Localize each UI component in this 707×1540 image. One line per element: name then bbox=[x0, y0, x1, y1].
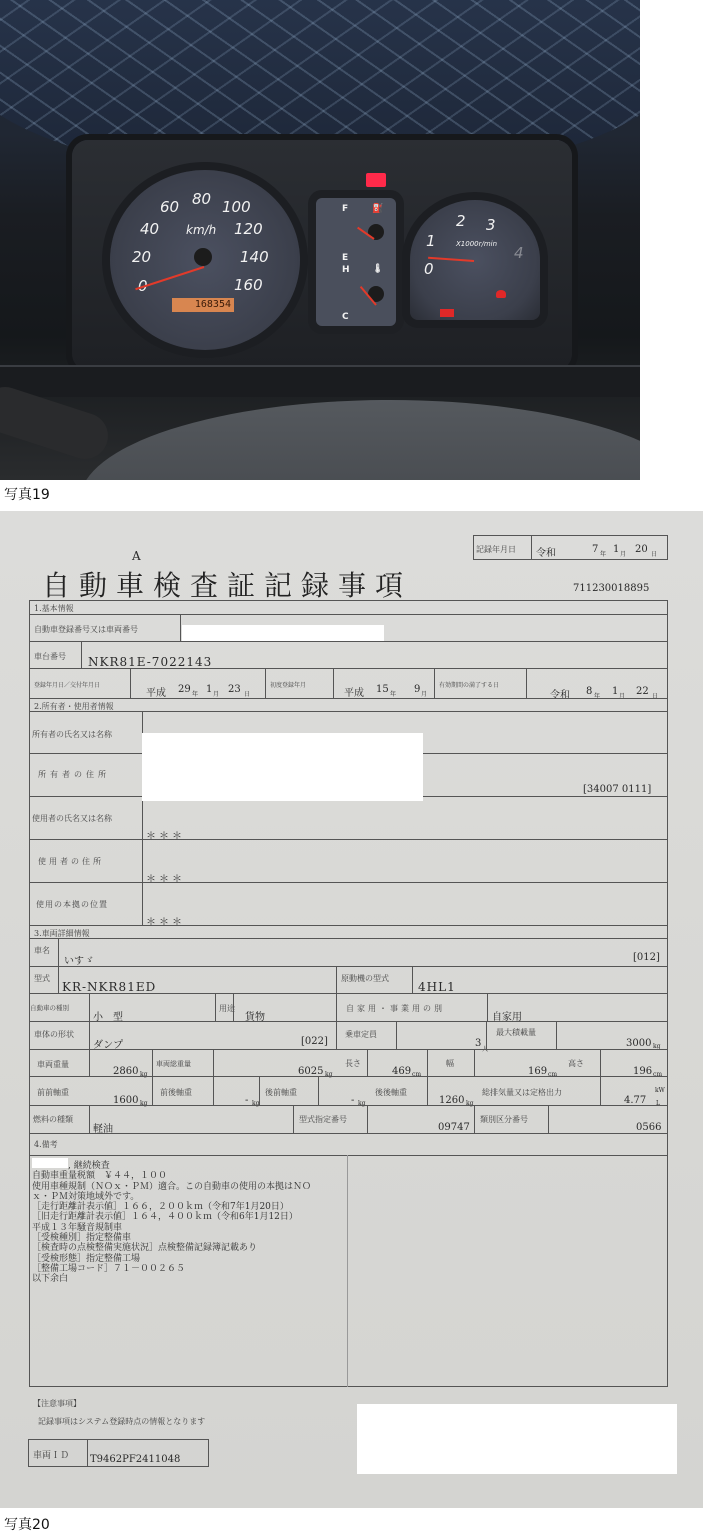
unit-month: 月 bbox=[620, 549, 626, 558]
car-name: いすゞ bbox=[64, 952, 94, 967]
model: KR-NKR81ED bbox=[62, 980, 156, 994]
remark-line: 使用車種規制（ＮＯｘ・ＰＭ）適合。この自動車の使用の本拠はＮＯ bbox=[32, 1182, 311, 1192]
base-location-label: 使用の本拠の位置 bbox=[36, 899, 108, 910]
owner-address-label: 所有者の住所 bbox=[38, 769, 110, 780]
issue-date-month: 1 bbox=[206, 684, 212, 695]
vehicle-inspection-record: A 自動車検査証記録事項 記録年月日 令和 7 年 1 月 20 日 71123… bbox=[0, 511, 703, 1508]
redacted-stamp bbox=[357, 1404, 677, 1474]
remark-line: 自動車重量税額 ￥４４，１００ bbox=[32, 1171, 311, 1181]
type-designation: 09747 bbox=[438, 1122, 470, 1133]
remark-line: ［整備工場コード］７１－００２６５ bbox=[32, 1264, 311, 1274]
speed-tick-80: 80 bbox=[192, 190, 211, 208]
indicator-lamp-icon bbox=[440, 309, 454, 317]
record-date-month: 1 bbox=[613, 544, 619, 555]
remark-line: ［検査時の点検整備実施状況］点検整備記録簿記載あり bbox=[32, 1243, 311, 1253]
remark-line: ［走行距離計表示値］１６６，２００ｋｍ（令和7年1月20日） bbox=[32, 1202, 311, 1212]
speed-tick-40: 40 bbox=[140, 220, 159, 238]
document-title: 自動車検査証記録事項 bbox=[42, 564, 412, 604]
notice-text: 記録事項はシステム登録時点の情報となります bbox=[38, 1416, 205, 1427]
unit-month: 月 bbox=[421, 689, 427, 698]
car-name-label: 車名 bbox=[34, 945, 50, 956]
model-label: 型式 bbox=[34, 973, 50, 984]
record-date-label: 記録年月日 bbox=[476, 544, 516, 555]
expiry-year: 8 bbox=[586, 686, 592, 697]
class-number: 0566 bbox=[636, 1122, 661, 1133]
remarks-divider bbox=[347, 1155, 348, 1387]
owner-code: [34007 0111] bbox=[583, 784, 651, 795]
issue-date-label: 登録年月日／交付年月日 bbox=[34, 680, 100, 689]
temp-cold-label: C bbox=[342, 312, 349, 322]
vehicle-id-label: 車両ＩＤ bbox=[33, 1448, 69, 1461]
rpm-needle bbox=[428, 257, 474, 262]
chassis-label: 車台番号 bbox=[34, 651, 66, 662]
rf-axle-label: 後前軸重 bbox=[265, 1087, 297, 1098]
expiry-day: 22 bbox=[636, 686, 649, 697]
displacement-label: 総排気量又は定格出力 bbox=[482, 1087, 562, 1098]
issue-date-era: 平成 bbox=[146, 684, 166, 699]
record-date-era: 令和 bbox=[536, 544, 556, 559]
speed-tick-100: 100 bbox=[222, 198, 251, 216]
fuel-full-label: F bbox=[342, 204, 348, 214]
photo19-caption: 写真19 bbox=[4, 484, 50, 504]
unit-year: 年 bbox=[192, 689, 198, 698]
chassis-number: NKR81E-7022143 bbox=[88, 655, 212, 669]
weight-label: 車両重量 bbox=[37, 1059, 69, 1070]
class-label: 類別区分番号 bbox=[480, 1114, 528, 1125]
body-label: 車体の形状 bbox=[34, 1029, 74, 1040]
expiry-label: 有効期間の満了する日 bbox=[439, 680, 499, 689]
unit-day: 日 bbox=[244, 689, 250, 698]
category-label: 自動車の種別 bbox=[30, 1003, 69, 1012]
private-business-label: 自家用・事業用の別 bbox=[346, 1003, 445, 1014]
record-date-year: 7 bbox=[592, 544, 598, 555]
serial-number: 711230018895 bbox=[573, 583, 649, 594]
expiry-month: 1 bbox=[612, 686, 618, 697]
body-code: [022] bbox=[301, 1036, 328, 1047]
width-label: 幅 bbox=[446, 1058, 454, 1069]
reg-number-label: 自動車登録番号又は車両番号 bbox=[34, 624, 138, 635]
cluster-shelf bbox=[0, 365, 640, 397]
remark-line: 以下余白 bbox=[32, 1274, 311, 1284]
rpm-unit: X1000r/min bbox=[456, 240, 497, 248]
notice-title: 【注意事項】 bbox=[33, 1398, 81, 1409]
remark-line: ｘ・ＰＭ対策地域外です。 bbox=[32, 1192, 311, 1202]
speed-hub bbox=[194, 248, 212, 266]
rpm-tick-1: 1 bbox=[426, 232, 436, 250]
unit-month: 月 bbox=[213, 689, 219, 698]
user-address-label: 使用者の住所 bbox=[38, 856, 104, 867]
speedometer: 0 20 40 60 80 100 120 140 160 km/h bbox=[110, 170, 300, 350]
first-reg-year: 15 bbox=[376, 684, 389, 695]
rr-axle-label: 後後軸重 bbox=[375, 1087, 407, 1098]
issue-date-year: 29 bbox=[178, 684, 191, 695]
warning-lamp-icon bbox=[366, 173, 386, 187]
remarks-list: , 継続検査 自動車重量税額 ￥４４，１００ 使用車種規制（ＮＯｘ・ＰＭ）適合。… bbox=[32, 1161, 311, 1285]
capacity-label: 乗車定員 bbox=[345, 1029, 377, 1040]
fuel-pump-icon: ⛽ bbox=[372, 204, 383, 214]
ff-axle-label: 前前軸重 bbox=[37, 1087, 69, 1098]
section4-title: 4.備考 bbox=[34, 1139, 58, 1150]
first-reg-month: 9 bbox=[414, 684, 420, 695]
capacity: 3 bbox=[475, 1038, 481, 1049]
redacted-owner-info bbox=[142, 733, 423, 801]
gross-weight-label: 車両総重量 bbox=[156, 1059, 191, 1069]
engine: 4HL1 bbox=[418, 980, 456, 994]
remark-line: 平成１３年騒音規制車 bbox=[32, 1223, 311, 1233]
fuel-empty-label: E bbox=[342, 253, 348, 263]
max-load: 3000 bbox=[626, 1038, 651, 1049]
odometer: 168354 bbox=[172, 298, 234, 312]
user-name-label: 使用者の氏名又は名称 bbox=[32, 813, 112, 824]
speed-tick-60: 60 bbox=[160, 198, 179, 216]
temp-hot-label: H bbox=[342, 265, 350, 275]
rpm-tick-3: 3 bbox=[486, 216, 496, 234]
unit-day: 日 bbox=[651, 549, 657, 558]
remark-line: ［受検形態］指定整備工場 bbox=[32, 1254, 311, 1264]
car-name-code: [012] bbox=[633, 952, 660, 963]
remark-line: ［旧走行距離計表示値］１６４，４００ｋｍ（令和6年1月12日） bbox=[32, 1212, 311, 1222]
owner-name-label: 所有者の氏名又は名称 bbox=[32, 729, 112, 740]
form-letter: A bbox=[132, 549, 141, 563]
height-label: 高さ bbox=[568, 1058, 584, 1069]
unit-kw: kW bbox=[655, 1087, 665, 1094]
unit-year: 年 bbox=[600, 549, 606, 558]
type-designation-label: 型式指定番号 bbox=[299, 1114, 347, 1125]
max-load-label: 最大積載量 bbox=[496, 1027, 536, 1038]
length-label: 長さ bbox=[345, 1058, 361, 1069]
speed-tick-160: 160 bbox=[234, 276, 263, 294]
section1-title: 1.基本情報 bbox=[34, 603, 74, 614]
issue-date-day: 23 bbox=[228, 684, 241, 695]
speed-unit: km/h bbox=[186, 223, 216, 237]
redacted-reg-number bbox=[182, 625, 384, 641]
rpm-tick-2: 2 bbox=[456, 212, 466, 230]
speed-tick-20: 20 bbox=[132, 248, 151, 266]
vehicle-id: T9462PF2411048 bbox=[90, 1454, 180, 1465]
rpm-tick-4: 4 bbox=[514, 244, 524, 262]
photo20-caption: 写真20 bbox=[4, 1514, 50, 1534]
remark-line: ［受検種別］指定整備車 bbox=[32, 1233, 311, 1243]
fr-axle-label: 前後軸重 bbox=[160, 1087, 192, 1098]
fuel-temp-gauge: F E H C ⛽ 🌡 bbox=[316, 198, 396, 326]
steering-wheel bbox=[80, 400, 640, 480]
redacted-remark bbox=[32, 1158, 68, 1168]
first-reg-label: 初度登録年月 bbox=[270, 680, 306, 689]
dashboard-photo: 0 20 40 60 80 100 120 140 160 km/h 16835… bbox=[0, 0, 640, 480]
speed-tick-140: 140 bbox=[240, 248, 269, 266]
tachometer: 0 1 2 3 4 X1000r/min bbox=[410, 200, 540, 320]
fuel-label: 燃料の種類 bbox=[33, 1114, 73, 1125]
oil-warning-icon bbox=[496, 290, 506, 298]
first-reg-era: 平成 bbox=[344, 684, 364, 699]
unit-year: 年 bbox=[390, 689, 396, 698]
record-date-day: 20 bbox=[635, 544, 648, 555]
remark-line: , 継続検査 bbox=[32, 1161, 311, 1171]
speed-tick-120: 120 bbox=[234, 220, 263, 238]
rpm-tick-0: 0 bbox=[424, 260, 434, 278]
coolant-temp-icon: 🌡 bbox=[372, 264, 383, 274]
engine-label: 原動機の型式 bbox=[341, 973, 389, 984]
